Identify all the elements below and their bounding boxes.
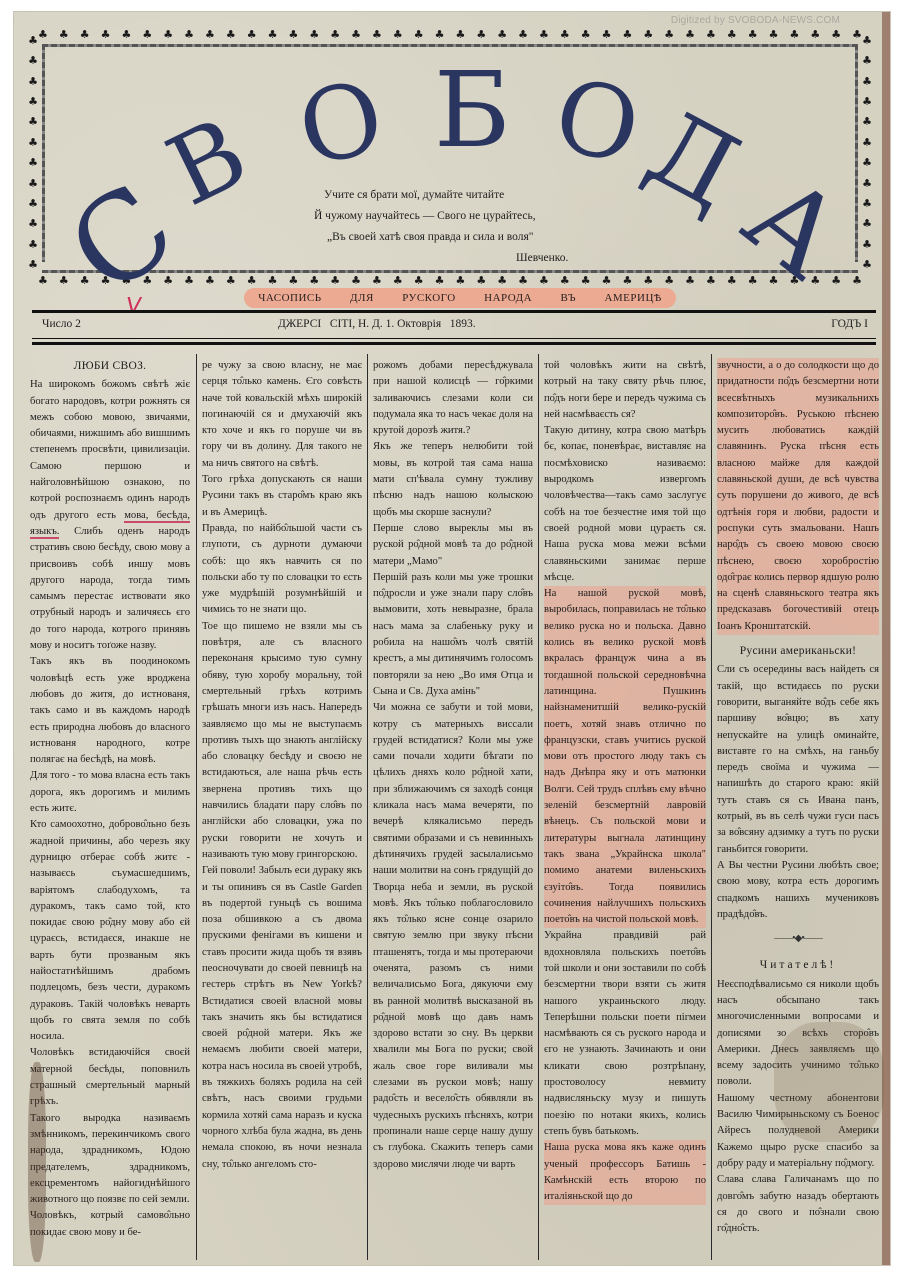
paragraph: Того грѣха допускають ся наши Русини так… <box>202 472 362 521</box>
ornament-icon: ♣ <box>289 276 299 286</box>
ornament-icon: ♣ <box>748 30 758 40</box>
ornamental-divider: ——•◆•—— <box>717 931 879 947</box>
ornament-icon: ♣ <box>28 219 38 229</box>
ornament-icon: ♣ <box>831 30 841 40</box>
ornament-icon: ♣ <box>790 30 800 40</box>
ornament-icon: ♣ <box>80 276 90 286</box>
column-2: ре чужу за свою власну, не має серця то̂… <box>202 358 362 1254</box>
ornament-icon: ♣ <box>862 138 872 148</box>
ornament-icon: ♣ <box>685 30 695 40</box>
column-separator <box>196 354 197 1260</box>
paragraph: Тое що пишемо не взяли мы съ повѣтря, ал… <box>202 619 362 863</box>
ornament-icon: ♣ <box>456 30 466 40</box>
ornament-icon: ♣ <box>393 30 403 40</box>
paragraph: А Вы честни Русини любѣть свое; свою мов… <box>717 858 879 923</box>
page-edge-binding <box>882 12 890 1265</box>
border-line-left <box>42 44 45 262</box>
section-heading-readers: Читателѣ! <box>717 957 879 973</box>
motto-line-2: Й чужому научайтесь — Свого не цурайтесь… <box>284 206 614 227</box>
ornament-icon: ♣ <box>727 276 737 286</box>
article-heading-love-yours: ЛЮБИ СВОЗ. <box>30 358 190 374</box>
ornament-icon: ♣ <box>581 276 591 286</box>
ornament-icon: ♣ <box>59 30 69 40</box>
ornament-icon: ♣ <box>862 219 872 229</box>
border-line-right <box>855 44 858 262</box>
ornament-icon: ♣ <box>664 30 674 40</box>
ornament-icon: ♣ <box>623 276 633 286</box>
issue-number: Число 2 <box>42 318 81 330</box>
ornament-icon: ♣ <box>289 30 299 40</box>
title-letter-d: Д <box>633 97 754 226</box>
ornament-icon: ♣ <box>852 276 862 286</box>
title-letter-s: С <box>49 165 193 314</box>
masthead: ♣♣♣♣♣♣♣♣♣♣♣♣♣♣♣♣♣♣♣♣♣♣♣♣♣♣♣♣♣♣♣♣♣♣♣♣♣♣♣♣… <box>24 22 876 284</box>
title-letter-v: В <box>155 103 260 220</box>
ornament-icon: ♣ <box>831 276 841 286</box>
ornament-icon: ♣ <box>28 97 38 107</box>
ornament-icon: ♣ <box>59 276 69 286</box>
ornament-icon: ♣ <box>330 30 340 40</box>
paragraph: Сли съ осередины васъ найдеть ся такій, … <box>717 662 879 858</box>
paragraph: Слава слава Галичанамъ що по довго̂мъ за… <box>717 1172 879 1237</box>
ornament-icon: ♣ <box>268 276 278 286</box>
handwritten-checkmark: V <box>124 294 143 319</box>
ornament-icon: ♣ <box>101 30 111 40</box>
ornament-icon: ♣ <box>518 30 528 40</box>
ornament-icon: ♣ <box>38 276 48 286</box>
ornament-icon: ♣ <box>28 240 38 250</box>
paragraph: Украйна правдивій рай вдохновляла польск… <box>544 928 706 1140</box>
ornament-icon: ♣ <box>372 276 382 286</box>
ornament-icon: ♣ <box>28 56 38 66</box>
ornament-icon: ♣ <box>518 276 528 286</box>
ornament-icon: ♣ <box>226 276 236 286</box>
ornament-icon: ♣ <box>643 30 653 40</box>
paragraph: Чи можна се забути и той мови, котру съ … <box>373 700 533 1173</box>
ornament-icon: ♣ <box>247 30 257 40</box>
subtitle-word: ДЛЯ <box>350 292 374 304</box>
section-heading-american-rusyns: Русини американьски! <box>717 643 879 659</box>
ornament-icon: ♣ <box>80 30 90 40</box>
ornament-icon: ♣ <box>706 276 716 286</box>
rule-thick-top <box>32 310 876 313</box>
ornament-icon: ♣ <box>28 36 38 46</box>
ornament-icon: ♣ <box>309 276 319 286</box>
ornament-icon: ♣ <box>476 276 486 286</box>
paragraph: Перше слово выреклы мы въ руской ро̂дной… <box>373 521 533 570</box>
ornament-icon: ♣ <box>810 30 820 40</box>
ornament-icon: ♣ <box>810 276 820 286</box>
ornament-icon: ♣ <box>163 30 173 40</box>
ornament-icon: ♣ <box>435 276 445 286</box>
title-letter-b: Б <box>434 58 510 162</box>
paragraph: Кто самоохотно, доброво̂льно безъ жадной… <box>30 817 190 1045</box>
ornament-icon: ♣ <box>769 30 779 40</box>
ornament-icon: ♣ <box>560 276 570 286</box>
subtitle-banner: ЧАСОПИСЬ ДЛЯ РУСКОГО НАРОДА ВЪ АМЕРИЦѢ <box>244 288 676 308</box>
subtitle-word: АМЕРИЦѢ <box>604 292 661 304</box>
ornament-icon: ♣ <box>330 276 340 286</box>
highlighted-paragraph: Наша руска мова якъ каже одинъ ученый пр… <box>544 1140 706 1205</box>
ornament-icon: ♣ <box>643 276 653 286</box>
paragraph: Нашому честному абонентови Василю Чимиры… <box>717 1091 879 1172</box>
paragraph: Гей поволи! Забылъ еси дураку якъ и ты о… <box>202 863 362 1173</box>
column-separator <box>367 354 368 1260</box>
highlighted-paragraph: На нашой руской мовѣ, выробилась, поправ… <box>544 586 706 928</box>
ornament-icon: ♣ <box>623 30 633 40</box>
ornament-icon: ♣ <box>862 56 872 66</box>
paragraph: На широкомъ божомъ свѣтѣ жіє богато наро… <box>30 377 190 654</box>
ornament-icon: ♣ <box>184 276 194 286</box>
ornament-icon: ♣ <box>685 276 695 286</box>
ornament-icon: ♣ <box>602 276 612 286</box>
ornament-icon: ♣ <box>862 117 872 127</box>
ornament-icon: ♣ <box>414 276 424 286</box>
paragraph: Якъ же теперъ нелюбити той мовы, въ котр… <box>373 439 533 520</box>
ornament-column-right: ♣♣♣♣♣♣♣♣♣♣♣♣ <box>862 36 872 270</box>
ornament-icon: ♣ <box>476 30 486 40</box>
motto-line-3: „Въ своей хатѣ своя правда и сила и воля… <box>284 227 614 248</box>
ornament-icon: ♣ <box>862 36 872 46</box>
column-5: звучности, а о до солодкости що до прида… <box>717 358 879 1254</box>
ornament-icon: ♣ <box>28 138 38 148</box>
ornament-icon: ♣ <box>309 30 319 40</box>
ornament-icon: ♣ <box>38 30 48 40</box>
ornament-icon: ♣ <box>351 276 361 286</box>
column-1: ЛЮБИ СВОЗ. На широкомъ божомъ свѣтѣ жіє … <box>30 358 190 1254</box>
paragraph: Першій разъ коли мы уже трошки по̂дросли… <box>373 570 533 700</box>
ornament-icon: ♣ <box>247 276 257 286</box>
ornament-icon: ♣ <box>862 260 872 270</box>
ornament-icon: ♣ <box>706 30 716 40</box>
ornament-icon: ♣ <box>268 30 278 40</box>
paragraph: ре чужу за свою власну, не має серця то̂… <box>202 358 362 472</box>
column-separator <box>711 354 712 1260</box>
ornament-icon: ♣ <box>184 30 194 40</box>
ornament-icon: ♣ <box>435 30 445 40</box>
ornament-icon: ♣ <box>226 30 236 40</box>
ornament-icon: ♣ <box>205 30 215 40</box>
ornament-icon: ♣ <box>28 117 38 127</box>
ornament-icon: ♣ <box>581 30 591 40</box>
motto-verse: Учите ся брати мої, думайте читайте Й чу… <box>284 185 614 269</box>
title-letter-o2: О <box>547 65 648 180</box>
border-line-top <box>42 44 858 47</box>
ornament-icon: ♣ <box>456 276 466 286</box>
paragraph: Такую дитину, котра свою матѣръ бє, копа… <box>544 423 706 586</box>
ornament-icon: ♣ <box>539 276 549 286</box>
highlighted-paragraph: звучности, а о до солодкости що до прида… <box>717 358 879 635</box>
paragraph: Неєсподѣвалисьмо ся николи щобъ насъ обс… <box>717 977 879 1091</box>
ornament-icon: ♣ <box>205 276 215 286</box>
ornament-icon: ♣ <box>28 199 38 209</box>
paragraph: Чоловѣкъ встидаючійся своєй матерной бес… <box>30 1045 190 1110</box>
ornament-icon: ♣ <box>414 30 424 40</box>
paragraph: рожомъ добами пересѣджувала при нашой ко… <box>373 358 533 439</box>
ornament-icon: ♣ <box>862 179 872 189</box>
ornament-icon: ♣ <box>602 30 612 40</box>
ornament-icon: ♣ <box>122 30 132 40</box>
ornament-row-top: ♣♣♣♣♣♣♣♣♣♣♣♣♣♣♣♣♣♣♣♣♣♣♣♣♣♣♣♣♣♣♣♣♣♣♣♣♣♣♣♣ <box>38 28 862 42</box>
ornament-icon: ♣ <box>862 240 872 250</box>
rule-thick-bottom <box>32 342 876 345</box>
ornament-icon: ♣ <box>142 30 152 40</box>
ornament-icon: ♣ <box>28 179 38 189</box>
ornament-icon: ♣ <box>497 30 507 40</box>
ornament-icon: ♣ <box>560 30 570 40</box>
article-columns: ЛЮБИ СВОЗ. На широкомъ божомъ свѣтѣ жіє … <box>26 358 882 1254</box>
motto-signature: Шевченко. <box>284 248 614 269</box>
subtitle-word: ВЪ <box>561 292 577 304</box>
paragraph: Чоловѣкъ, котрый самово̂льно покидає сво… <box>30 1208 190 1241</box>
paragraph: Правда, по найбо̂льшой части съ глупоти,… <box>202 521 362 619</box>
ornament-column-left: ♣♣♣♣♣♣♣♣♣♣♣♣ <box>28 36 38 270</box>
column-separator <box>538 354 539 1260</box>
paragraph: Для того - то мова власна есть такъ доро… <box>30 768 190 817</box>
subtitle-word: ЧАСОПИСЬ <box>258 292 321 304</box>
ornament-icon: ♣ <box>862 77 872 87</box>
ornament-icon: ♣ <box>852 30 862 40</box>
place-and-date: ДЖЕРСІ СІТІ, Н. Д. 1. Октоврія 1893. <box>278 318 476 330</box>
paragraph: Такого выродка називаємъ змѣнникомъ, пер… <box>30 1111 190 1209</box>
ornament-icon: ♣ <box>28 260 38 270</box>
ornament-icon: ♣ <box>664 276 674 286</box>
ornament-icon: ♣ <box>393 276 403 286</box>
ornament-icon: ♣ <box>727 30 737 40</box>
newspaper-page: Digitized by SVOBODA-NEWS.COM ♣♣♣♣♣♣♣♣♣♣… <box>14 12 890 1265</box>
column-3: рожомъ добами пересѣджувала при нашой ко… <box>373 358 533 1254</box>
ornament-icon: ♣ <box>539 30 549 40</box>
column-4: той чоловѣкъ жити на свѣтѣ, котрый на та… <box>544 358 706 1254</box>
ornament-icon: ♣ <box>28 77 38 87</box>
ornament-icon: ♣ <box>497 276 507 286</box>
ornament-icon: ♣ <box>372 30 382 40</box>
ornament-icon: ♣ <box>862 97 872 107</box>
rule-thin <box>32 338 876 339</box>
ornament-icon: ♣ <box>28 158 38 168</box>
paragraph: Такъ якъ въ поодинокомъ чоловѣцѣ есть уж… <box>30 654 190 768</box>
dateline: Число 2 ДЖЕРСІ СІТІ, Н. Д. 1. Октоврія 1… <box>42 318 868 336</box>
subtitle-word: РУСКОГО <box>402 292 456 304</box>
ornament-icon: ♣ <box>351 30 361 40</box>
publication-year: ГОДЪ І <box>831 318 868 330</box>
ornament-icon: ♣ <box>862 158 872 168</box>
subtitle-word: НАРОДА <box>484 292 532 304</box>
title-letter-o1: О <box>291 67 392 182</box>
paragraph: той чоловѣкъ жити на свѣтѣ, котрый на та… <box>544 358 706 423</box>
motto-line-1: Учите ся брати мої, думайте читайте <box>284 185 614 206</box>
